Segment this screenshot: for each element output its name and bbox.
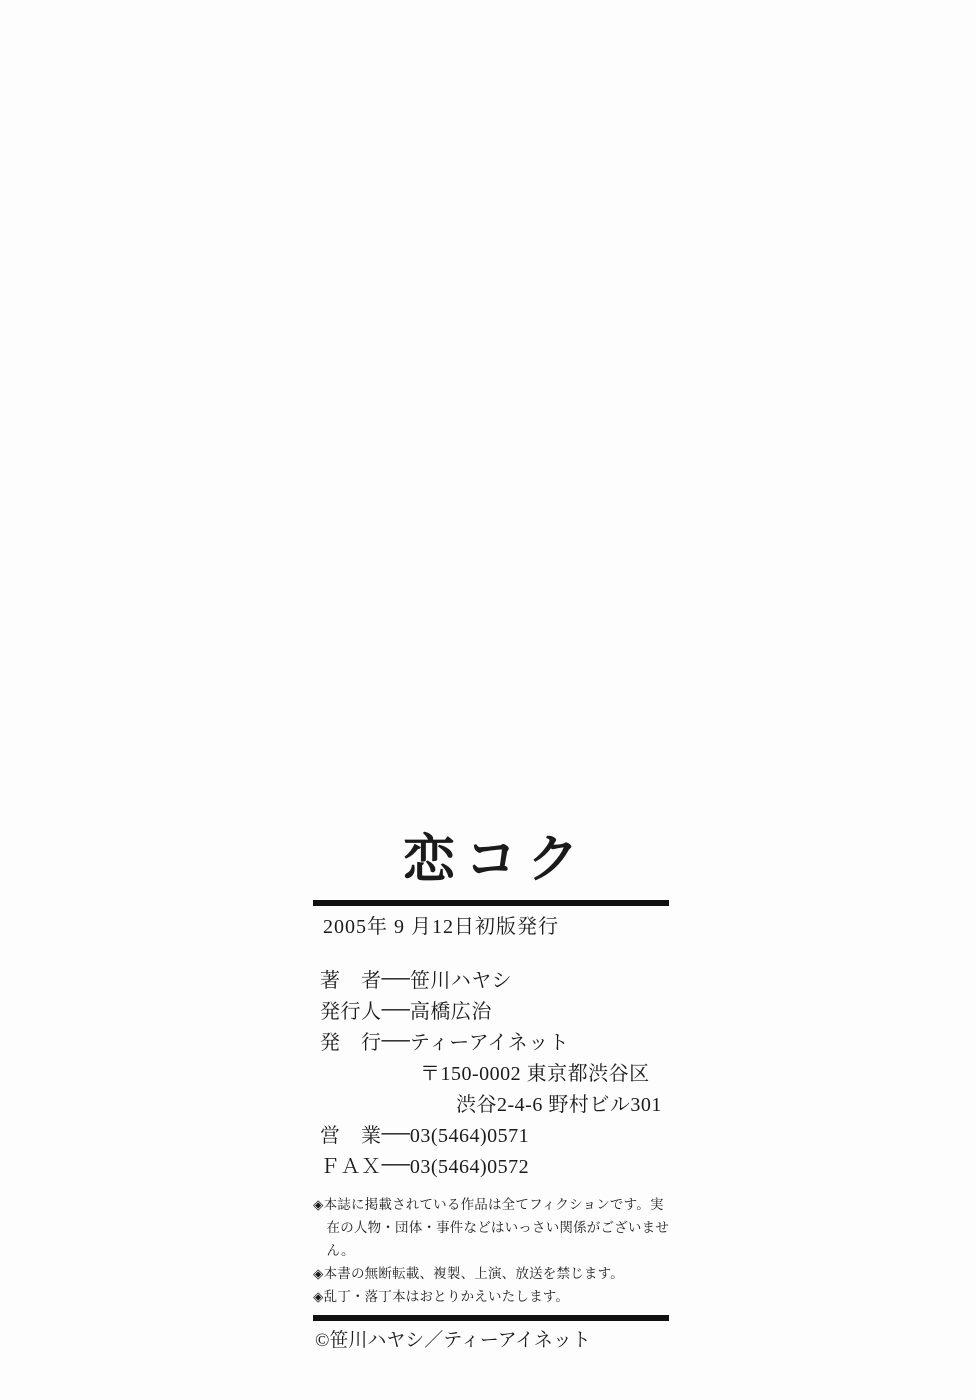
bottom-divider-rule [313,1315,669,1321]
title-divider-rule [313,900,669,906]
dash-connector: ── [382,1030,410,1052]
publication-info: 著 者──笹川ハヤシ 発行人──高橋広治 発 行──ティーアイネット 〒150-… [320,966,669,1183]
credit-label: 発行人 [320,1001,382,1023]
contact-phone: 03(5464)0571 [410,1125,529,1147]
credit-label: 発 行 [320,1032,382,1054]
dash-connector: ── [382,968,410,990]
notice-fiction-disclaimer: ◈本誌に掲載されている作品は全てフィクションです。実在の人物・団体・事件などはい… [313,1193,669,1262]
legal-notices: ◈本誌に掲載されている作品は全てフィクションです。実在の人物・団体・事件などはい… [313,1193,669,1308]
edition-date: 2005年 9 月12日初版発行 [323,914,669,940]
colophon-page: 恋コク 2005年 9 月12日初版発行 著 者──笹川ハヤシ 発行人──高橋広… [0,0,976,1400]
book-title: 恋コク [313,831,669,891]
contact-row-sales: 営 業──03(5464)0571 [320,1121,669,1152]
contact-fax-number: 03(5464)0572 [410,1156,529,1178]
dash-connector: ── [382,999,410,1021]
credit-value: 笹川ハヤシ [410,970,512,992]
colophon-block: 恋コク 2005年 9 月12日初版発行 著 者──笹川ハヤシ 発行人──高橋広… [313,831,669,1353]
notice-no-reproduction: ◈本書の無断転載、複製、上演、放送を禁じます。 [313,1262,669,1285]
contact-row-fax: ＦＡＸ──03(5464)0572 [320,1152,669,1183]
credit-row-publisher-person: 発行人──高橋広治 [320,997,669,1028]
dash-connector: ── [382,1154,410,1176]
publisher-address-line-2: 渋谷2-4-6 野村ビル301 [456,1090,669,1121]
contact-label: ＦＡＸ [320,1156,382,1178]
publisher-address-line-1: 〒150-0002 東京都渋谷区 [420,1059,669,1090]
credit-row-publisher-company: 発 行──ティーアイネット [320,1028,669,1059]
credit-value: ティーアイネット [410,1032,569,1054]
copyright-line: ©笹川ハヤシ／ティーアイネット [315,1329,669,1353]
credit-value: 高橋広治 [410,1001,492,1023]
credit-label: 著 者 [320,970,382,992]
notice-defective-copy-exchange: ◈乱丁・落丁本はおとりかえいたします。 [313,1285,669,1308]
contact-label: 営 業 [320,1125,382,1147]
credit-row-author: 著 者──笹川ハヤシ [320,966,669,997]
dash-connector: ── [382,1123,410,1145]
